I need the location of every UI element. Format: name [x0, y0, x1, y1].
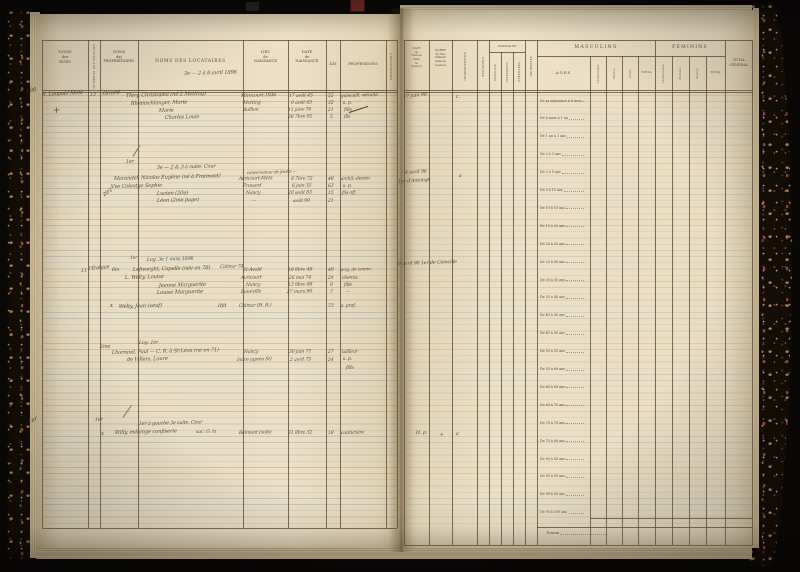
right-table-vline-5	[525, 40, 526, 545]
handwritten-text: 13	[90, 92, 97, 98]
handwritten-text: L. Welty, Louise	[125, 274, 164, 281]
handwritten-text: couturière	[341, 430, 365, 436]
handwritten-text: 63	[328, 184, 334, 189]
right-table-top	[404, 40, 753, 41]
age-bracket-row: De 75 à 80 ans	[540, 439, 584, 443]
dotted-leader	[569, 119, 584, 120]
left-table-top	[42, 40, 397, 41]
handwritten-text: 2 avril 75	[290, 357, 311, 363]
right-table-vline-4	[489, 40, 490, 545]
age-bracket-label: De 35 à 40 ans	[540, 295, 565, 299]
age-bracket-row: De 10 à 15 ans	[540, 206, 584, 210]
handwritten-text: serg. de comm.	[340, 267, 372, 273]
age-bracket-row: De 95 à 100 ans	[540, 510, 584, 514]
handwritten-text: 9 août 65	[291, 100, 312, 106]
col-header-proprietaires: NOMS des PROPRIÉTAIRES	[100, 50, 138, 64]
dotted-leader	[566, 387, 584, 388]
dotted-leader	[566, 459, 584, 460]
handwritten-text: 24	[328, 357, 334, 362]
age-bracket-row: De 15 à 20 ans	[540, 224, 584, 228]
dotted-leader	[566, 495, 584, 496]
dotted-leader	[566, 244, 584, 245]
dotted-leader	[560, 534, 606, 535]
handwritten-text: a	[459, 173, 462, 179]
handwritten-text: Nancy	[244, 350, 259, 355]
age-bracket-row: De 85 à 90 ans	[540, 474, 584, 478]
right-mf-subline-0	[590, 56, 591, 545]
col-header-fem-1: Mariées	[672, 57, 689, 90]
handwritten-text: archit.-dessin.	[341, 176, 372, 182]
handwritten-text: 26 mai 74	[289, 275, 312, 281]
col-header-fem-total: TOTAL	[706, 71, 725, 75]
handwritten-text: 8 7bre 72	[291, 176, 313, 182]
age-bracket-label: De 30 à 35 ans	[540, 278, 565, 282]
dotted-leader	[566, 280, 584, 281]
age-bracket-label: De 95 à 100 ans	[540, 510, 567, 514]
col-header-rues: NOMS des RUES	[42, 49, 88, 64]
dotted-leader	[583, 101, 584, 102]
handwritten-text: 17 août 45	[289, 93, 313, 99]
col-header-ages: AGES	[537, 70, 590, 75]
handwritten-text: 30 juin 71	[289, 349, 312, 355]
handwritten-text: 18 8bre 48	[288, 267, 313, 273]
age-bracket-label: De 75 à 80 ans	[540, 439, 565, 443]
group-header-masculins: MASCULINS	[537, 45, 655, 51]
age-bracket-row: De 50 à 55 ans	[540, 349, 584, 353]
col-header-religions-label: RELIGIONS	[482, 57, 485, 76]
handwritten-text: Rheinschlanger, Marie	[131, 99, 188, 106]
handwritten-text: 21	[328, 108, 334, 113]
left-table-vline-3	[138, 40, 139, 528]
right-mf-subline-4	[672, 56, 673, 545]
col-header-nationalite-2: ÉTRANGERS	[513, 54, 525, 90]
age-bracket-row: De 3 à 5 ans	[540, 170, 584, 174]
col-header-numeros: NUMÉROS DES MAISONS	[88, 44, 100, 89]
handwritten-text: 7	[330, 290, 333, 295]
handwritten-text: s. prof.	[341, 304, 356, 309]
age-bracket-label: De 25 à 30 ans	[540, 260, 565, 264]
left-table-vline-6	[326, 40, 327, 528]
col-header-total-general: TOTAL GÉNÉRAL	[725, 58, 753, 67]
col-header-masc-2-label: Veufs	[629, 69, 632, 78]
age-bracket-label: De 65 à 70 ans	[540, 403, 565, 407]
right-header-rule-b	[404, 92, 753, 93]
dotted-leader	[566, 477, 584, 478]
right-table-vline-7	[655, 40, 656, 545]
age-bracket-row: De 90 à 95 ans	[540, 492, 584, 496]
handwritten-text: Hfd	[218, 303, 227, 308]
handwritten-text: 9	[330, 283, 333, 288]
handwritten-text: 11 janv 76	[288, 107, 312, 113]
age-bracket-label: De 70 à 75 ans	[540, 421, 565, 425]
dotted-leader	[562, 173, 584, 174]
dotted-leader	[566, 262, 584, 263]
right-table-vline-8	[725, 40, 726, 545]
dotted-leader	[567, 137, 584, 138]
handwritten-text: c.	[456, 94, 461, 100]
handwritten-text: 73	[328, 304, 334, 309]
left-table-vline-8	[386, 40, 387, 528]
right-table-vline-9	[752, 40, 753, 545]
handwritten-text: Welty, Jean (veuf)	[119, 302, 163, 309]
handwritten-text: 26 7bre 92	[288, 114, 313, 120]
right-table-vline-0	[404, 40, 405, 545]
col-header-date-naissance: DATE de NAISSANCE	[288, 50, 326, 64]
right-table-vline-1	[429, 40, 430, 545]
age-bracket-label: De 60 à 65 ans	[540, 385, 565, 389]
handwritten-text: Girard	[103, 90, 120, 97]
totaux-row: Totaux	[546, 530, 606, 535]
handwritten-text: 52	[328, 93, 334, 98]
left-table-vline-2	[100, 40, 101, 528]
left-table-vline-7	[340, 40, 341, 528]
handwritten-text: Charles Louis	[165, 114, 200, 121]
col-header-masc-0-label: Célibataires	[597, 64, 600, 83]
handwritten-text: 6m	[112, 268, 120, 273]
handwritten-text: Jeanne Marguerite	[159, 281, 206, 288]
col-header-fem-2-label: Veuves	[696, 68, 699, 79]
age-bracket-label: De 6 mois à 1 an	[540, 116, 568, 120]
left-table-vline-4	[243, 40, 244, 528]
right-mf-subline-1	[606, 56, 607, 545]
col-header-masc-1-label: Mariés	[613, 68, 616, 79]
handwritten-text: 5	[330, 115, 333, 120]
dotted-leader	[566, 405, 584, 406]
handwritten-text: +	[440, 432, 445, 438]
handwritten-text: Avricourt	[241, 275, 262, 281]
age-bracket-row: De 40 à 45 ans	[540, 313, 584, 317]
right-totals-rule-a	[590, 518, 753, 519]
handwritten-text: Log. 1er	[139, 340, 159, 346]
handwritten-text: quincaill. retraité	[341, 93, 378, 99]
handwritten-text: —	[346, 290, 351, 295]
col-header-date-entree: DATE de l'entrée dans la maison	[405, 47, 428, 69]
right-table-vline-6	[537, 40, 538, 545]
col-header-nationalite-2-label: ÉTRANGERS	[518, 62, 521, 82]
right-mf-subline-5	[689, 56, 690, 545]
handwritten-text: Colmar 74	[220, 264, 244, 270]
age-bracket-label: De sa naissance à 6 mois	[540, 99, 582, 103]
handwritten-text: 24	[328, 275, 334, 280]
col-header-nationalite-0: FRANÇAIS	[489, 54, 501, 90]
age-bracket-label: De 85 à 90 ans	[540, 474, 565, 478]
handwritten-text: Belmont (suite	[239, 430, 272, 436]
col-header-masc-0: Célibataires	[590, 57, 606, 90]
handwritten-text: x	[100, 430, 104, 437]
left-header-rule-a	[42, 90, 397, 91]
handwritten-text: s. p.	[343, 101, 353, 106]
bookmark-tab-dark	[246, 2, 259, 11]
handwritten-text: 1er	[95, 418, 103, 423]
handwritten-text: Avricourt-Metz	[239, 176, 273, 182]
handwritten-text: 2me	[100, 344, 111, 350]
handwritten-text: 32	[328, 101, 334, 106]
handwritten-text: H. p.	[416, 430, 428, 436]
left-table-bottom	[42, 528, 397, 529]
age-bracket-row: De sa naissance à 6 mois	[540, 99, 584, 103]
handwritten-text: 15	[328, 191, 334, 196]
age-bracket-row: De 1 an à 2 ans	[540, 134, 584, 138]
age-bracket-label: De 3 à 5 ans	[540, 170, 561, 174]
handwritten-text: tailleur	[342, 349, 358, 354]
handwritten-text: 48	[328, 177, 334, 182]
handwritten-text: 18	[328, 430, 334, 435]
group-header-feminins: FEMININS	[655, 45, 725, 51]
col-header-numeros-label: NUMÉROS DES MAISONS	[92, 44, 96, 89]
col-header-infirmites-label: INFIRMITÉS	[530, 56, 533, 77]
dotted-leader	[564, 191, 584, 192]
handwritten-text: Lucien (20e)	[157, 190, 189, 197]
right-mf-subline-6	[706, 56, 707, 545]
handwritten-text: suc. G. la	[196, 429, 217, 435]
dotted-leader	[566, 208, 584, 209]
handwritten-text: fils off.	[342, 191, 357, 196]
dotted-leader	[566, 334, 584, 335]
age-bracket-row: De 70 à 75 ans	[540, 421, 584, 425]
dotted-leader	[566, 441, 584, 442]
col-header-infirmites: INFIRMITÉS	[525, 44, 537, 89]
handwritten-text: Bullion	[243, 108, 259, 113]
handwritten-text: 20 août 83	[288, 190, 312, 196]
right-nat-subline-0	[501, 52, 502, 545]
handwritten-text: août 90	[293, 198, 310, 203]
handwritten-text: 13 9bre 88	[288, 282, 313, 288]
handwritten-text: +	[52, 106, 60, 116]
totaux-label: Totaux	[546, 530, 559, 535]
handwritten-text: Colmar (H. R.)	[239, 303, 272, 309]
right-nat-groupline	[489, 52, 525, 53]
left-table-vline-1	[88, 40, 89, 528]
right-mf-subline-2	[622, 56, 623, 545]
age-bracket-row: De 45 à 50 ans	[540, 331, 584, 335]
handwritten-text: de Villers, Laure	[127, 356, 169, 363]
age-bracket-label: De 20 à 25 ans	[540, 242, 565, 246]
dotted-leader	[566, 316, 584, 317]
age-bracket-label: De 80 à 85 ans	[540, 457, 565, 461]
handwritten-text: fils	[344, 114, 351, 119]
group-header-nationalite: NATIONALITÉ	[489, 45, 525, 48]
dotted-leader	[566, 226, 584, 227]
col-header-duree: DURÉE de l'ha- bitation dans la maison	[430, 49, 451, 67]
age-bracket-row: De 2 à 3 ans	[540, 152, 584, 156]
handwritten-text: 49	[328, 267, 334, 272]
col-header-lieu-naissance: LIEU de NAISSANCE	[243, 50, 288, 64]
age-bracket-row: De 65 à 70 ans	[540, 403, 584, 407]
handwritten-text: Léon (2me page)	[157, 197, 200, 204]
age-bracket-row: De 30 à 35 ans	[540, 278, 584, 282]
handwritten-text: Lunéville	[241, 289, 262, 295]
col-header-nationalite-0-label: FRANÇAIS	[494, 64, 497, 81]
age-bracket-row: De 6 mois à 1 an	[540, 116, 584, 120]
col-header-nationalite-1: ALLEMANDS	[501, 54, 513, 90]
handwritten-text: St-Avold	[243, 267, 262, 273]
dotted-leader	[566, 370, 584, 371]
age-bracket-label: De 10 à 15 ans	[540, 206, 565, 210]
age-bracket-label: De 40 à 45 ans	[540, 313, 565, 317]
dotted-leader	[566, 298, 584, 299]
handwritten-text: —	[252, 198, 257, 203]
right-table-vline-3	[477, 40, 478, 545]
handwritten-text: x	[109, 302, 113, 309]
col-header-locataires: NOMS DES LOCATAIRES	[138, 59, 243, 65]
handwritten-text: Mirecourt 1846	[241, 93, 277, 99]
right-nat-subline-1	[513, 52, 514, 545]
handwritten-text: 21	[328, 198, 334, 203]
age-bracket-label: De 5 à 10 ans	[540, 188, 563, 192]
left-table-vline-0	[42, 40, 43, 528]
col-header-age: ÂGE	[326, 62, 340, 66]
age-bracket-row: De 80 à 85 ans	[540, 457, 584, 461]
bookmark-tab-red	[350, 0, 365, 12]
col-header-observations: OBSERVATIONS	[386, 44, 397, 89]
handwritten-text: Metting	[243, 101, 261, 106]
handwritten-text: 1er	[130, 256, 138, 261]
col-header-professions: PROFESSIONS	[340, 62, 386, 67]
col-header-fem-1-label: Mariées	[679, 67, 682, 80]
age-bracket-label: De 15 à 20 ans	[540, 224, 565, 228]
dotted-leader	[569, 513, 584, 514]
handwritten-text: a	[456, 431, 459, 437]
col-header-fem-0-label: Célibataires	[662, 64, 665, 83]
col-header-observations-right-label: OBSERVATIONS	[463, 52, 467, 80]
col-header-nationalite-1-label: ALLEMANDS	[506, 62, 509, 82]
col-header-masc-2: Veufs	[622, 57, 638, 90]
col-header-observations-right: OBSERVATIONS	[452, 44, 477, 89]
age-bracket-row: De 5 à 10 ans	[540, 188, 584, 192]
handwritten-text: 31 8bre 32	[288, 430, 313, 436]
col-header-masc-1: Mariés	[606, 57, 622, 90]
age-bracket-label: De 55 à 60 ans	[540, 367, 565, 371]
handwritten-text: s. p.	[343, 184, 353, 189]
right-mf-subline-3	[638, 56, 639, 545]
handwritten-text: 11	[81, 268, 88, 274]
handwritten-text: 27	[328, 350, 334, 355]
handwritten-text: 1er	[126, 159, 135, 165]
col-header-observations-label: OBSERVATIONS	[390, 53, 393, 80]
dotted-leader	[566, 352, 584, 353]
age-bracket-row: De 55 à 60 ans	[540, 367, 584, 371]
age-bracket-row: De 60 à 65 ans	[540, 385, 584, 389]
left-table-vline-9	[397, 40, 398, 528]
col-header-fem-2: Veuves	[689, 57, 706, 90]
age-bracket-row: De 35 à 40 ans	[540, 295, 584, 299]
handwritten-text: Nancy	[246, 283, 261, 288]
handwritten-text: Nancy	[246, 191, 261, 196]
handwritten-text: fille	[346, 365, 355, 370]
handwritten-text: s. p.	[343, 357, 353, 362]
age-bracket-label: De 45 à 50 ans	[540, 331, 565, 335]
age-bracket-label: De 90 à 95 ans	[540, 492, 565, 496]
handwritten-text: Marie	[159, 107, 174, 113]
handwritten-text: chemis.	[342, 275, 359, 280]
handwritten-text: 1er à gauche 3e suite. Cour	[139, 420, 203, 427]
col-header-fem-0: Célibataires	[655, 57, 672, 90]
right-totals-rule-b	[537, 527, 753, 528]
right-table-vline-2	[452, 40, 453, 545]
handwritten-text: Indre (après St)	[237, 357, 272, 363]
col-header-religions: RELIGIONS	[477, 44, 489, 89]
dotted-leader	[562, 155, 584, 156]
age-bracket-row: De 25 à 30 ans	[540, 260, 584, 264]
handwritten-text: fille	[344, 283, 352, 288]
handwritten-text: Louise Marguerite	[157, 288, 204, 295]
age-bracket-row: De 20 à 25 ans	[540, 242, 584, 246]
age-bracket-label: De 50 à 55 ans	[540, 349, 565, 353]
photograph-of-census-register: NOMS des RUESNUMÉROS DES MAISONSNOMS des…	[0, 0, 800, 572]
handwritten-text: Vve Colestge Sophie	[111, 182, 163, 189]
right-table-bottom	[404, 545, 753, 546]
age-bracket-label: De 1 an à 2 ans	[540, 134, 566, 138]
handwritten-text: 27 mars 90	[287, 289, 313, 295]
age-bracket-label: De 2 à 3 ans	[540, 152, 561, 156]
handwritten-text: Frouard	[243, 184, 262, 189]
dotted-leader	[566, 423, 584, 424]
col-header-masc-total: TOTAL	[638, 71, 655, 75]
handwritten-text: 6 juin 35	[292, 183, 312, 189]
